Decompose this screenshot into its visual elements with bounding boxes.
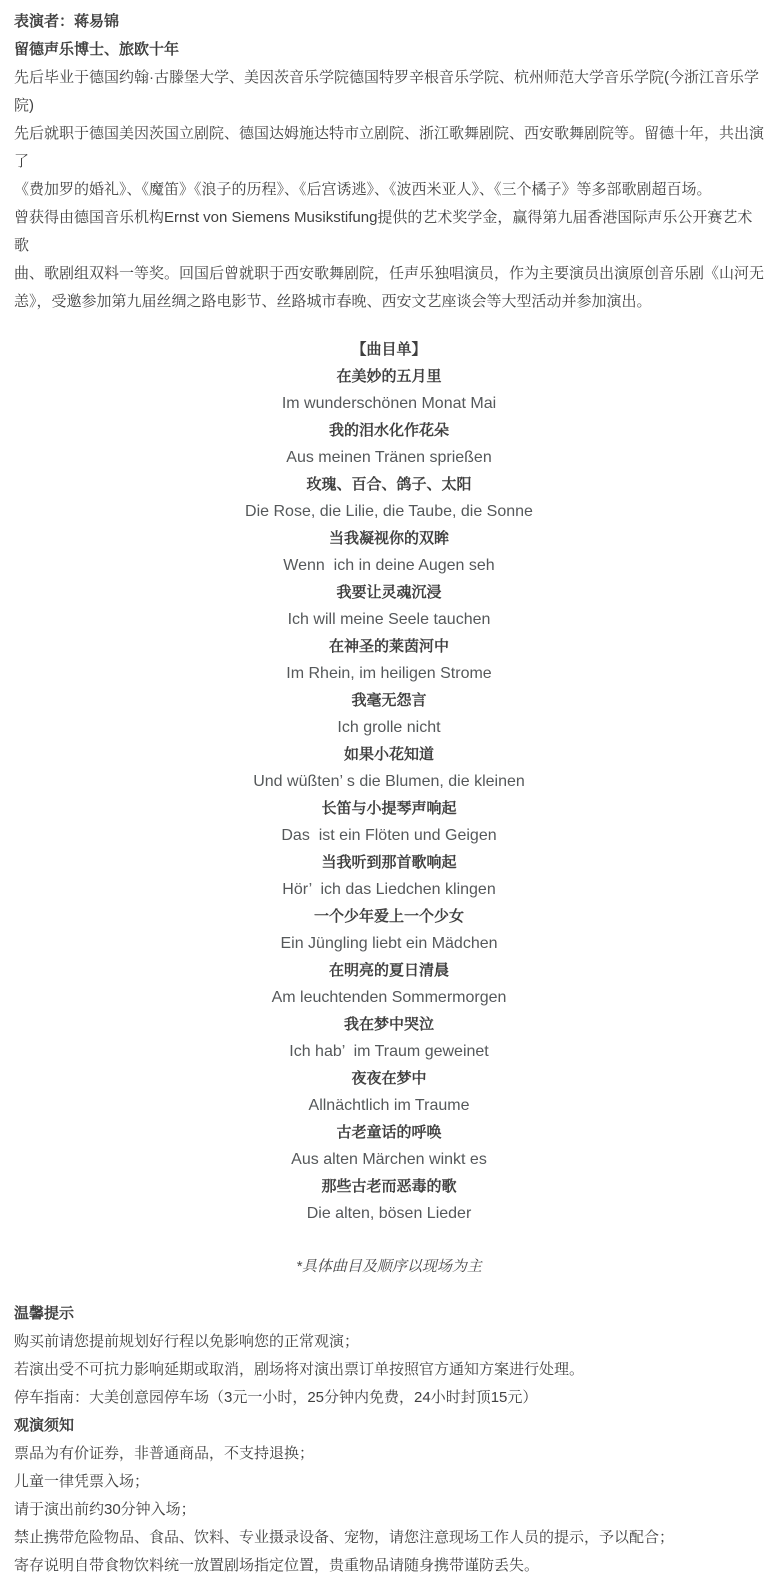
song-title-de: Wenn ich in deine Augen seh	[14, 552, 764, 579]
performer-bio-section: 表演者：蒋易锦 留德声乐博士、旅欧十年 先后毕业于德国约翰·古滕堡大学、美因茨音…	[14, 8, 764, 316]
bio-line: 曲、歌剧组双料一等奖。回国后曾就职于西安歌舞剧院，任声乐独唱演员，作为主要演员出…	[14, 260, 764, 288]
song-title-zh: 当我凝视你的双眸	[14, 525, 764, 552]
notice-title: 观演须知	[14, 1412, 764, 1440]
program-disclaimer: *具体曲目及顺序以现场为主	[14, 1253, 764, 1280]
song-item: 长笛与小提琴声响起 Das ist ein Flöten und Geigen	[14, 795, 764, 849]
tips-section: 温馨提示 购买前请您提前规划好行程以免影响您的正常观演； 若演出受不可抗力影响延…	[14, 1300, 764, 1412]
song-title-de: Und wüßten’ s die Blumen, die kleinen	[14, 768, 764, 795]
program-title: 【曲目单】	[14, 336, 764, 363]
performer-name: 表演者：蒋易锦	[14, 8, 764, 36]
song-title-zh: 长笛与小提琴声响起	[14, 795, 764, 822]
song-title-de: Ein Jüngling liebt ein Mädchen	[14, 930, 764, 957]
song-title-de: Das ist ein Flöten und Geigen	[14, 822, 764, 849]
notice-item: 寄存说明自带食物饮料统一放置剧场指定位置，贵重物品请随身携带谨防丢失。	[14, 1552, 764, 1580]
song-title-de: Ich will meine Seele tauchen	[14, 606, 764, 633]
song-title-zh: 在明亮的夏日清晨	[14, 957, 764, 984]
song-title-zh: 夜夜在梦中	[14, 1065, 764, 1092]
notice-item: 儿童一律凭票入场；	[14, 1468, 764, 1496]
song-item: 当我凝视你的双眸 Wenn ich in deine Augen seh	[14, 525, 764, 579]
song-title-de: Ich grolle nicht	[14, 714, 764, 741]
tips-title: 温馨提示	[14, 1300, 764, 1328]
song-title-zh: 一个少年爱上一个少女	[14, 903, 764, 930]
notice-item: 请于演出前约30分钟入场；	[14, 1496, 764, 1524]
bio-line: 《费加罗的婚礼》、《魔笛》《浪子的历程》、《后宫诱逃》、《波西米亚人》、《三个橘…	[14, 176, 764, 204]
song-title-zh: 我毫无怨言	[14, 687, 764, 714]
song-item: 我要让灵魂沉浸 Ich will meine Seele tauchen	[14, 579, 764, 633]
song-item: 那些古老而恶毒的歌 Die alten, bösen Lieder	[14, 1173, 764, 1227]
song-item: 夜夜在梦中 Allnächtlich im Traume	[14, 1065, 764, 1119]
song-item: 当我听到那首歌响起 Hör’ ich das Liedchen klingen	[14, 849, 764, 903]
song-title-de: Aus alten Märchen winkt es	[14, 1146, 764, 1173]
song-title-zh: 我要让灵魂沉浸	[14, 579, 764, 606]
song-title-de: Allnächtlich im Traume	[14, 1092, 764, 1119]
song-title-zh: 我在梦中哭泣	[14, 1011, 764, 1038]
bio-line: 先后毕业于德国约翰·古滕堡大学、美因茨音乐学院德国特罗辛根音乐学院、杭州师范大学…	[14, 64, 764, 120]
notice-item: 票品为有价证券，非普通商品，不支持退换；	[14, 1440, 764, 1468]
song-title-de: Die alten, bösen Lieder	[14, 1200, 764, 1227]
song-item: 在神圣的莱茵河中 Im Rhein, im heiligen Strome	[14, 633, 764, 687]
tips-item: 购买前请您提前规划好行程以免影响您的正常观演；	[14, 1328, 764, 1356]
song-title-zh: 我的泪水化作花朵	[14, 417, 764, 444]
bio-line: 恙》，受邀参加第九届丝绸之路电影节、丝路城市春晚、西安文艺座谈会等大型活动并参加…	[14, 288, 764, 316]
song-title-de: Die Rose, die Lilie, die Taube, die Sonn…	[14, 498, 764, 525]
song-item: 一个少年爱上一个少女 Ein Jüngling liebt ein Mädche…	[14, 903, 764, 957]
notice-item: 禁止携带危险物品、食品、饮料、专业摄录设备、宠物，请您注意现场工作人员的提示，予…	[14, 1524, 764, 1552]
bio-line: 先后就职于德国美因茨国立剧院、德国达姆施达特市立剧院、浙江歌舞剧院、西安歌舞剧院…	[14, 120, 764, 176]
song-item: 我毫无怨言 Ich grolle nicht	[14, 687, 764, 741]
song-title-de: Im wunderschönen Monat Mai	[14, 390, 764, 417]
song-title-de: Hör’ ich das Liedchen klingen	[14, 876, 764, 903]
bio-line: 曾获得由德国音乐机构Ernst von Siemens Musikstifung…	[14, 204, 764, 260]
song-title-de: Im Rhein, im heiligen Strome	[14, 660, 764, 687]
program-section: 【曲目单】 在美妙的五月里 Im wunderschönen Monat Mai…	[14, 336, 764, 1227]
song-title-de: Aus meinen Tränen sprießen	[14, 444, 764, 471]
song-item: 在美妙的五月里 Im wunderschönen Monat Mai	[14, 363, 764, 417]
song-title-zh: 如果小花知道	[14, 741, 764, 768]
song-item: 古老童话的呼唤 Aus alten Märchen winkt es	[14, 1119, 764, 1173]
tips-item: 停车指南：大美创意园停车场（3元一小时，25分钟内免费，24小时封顶15元）	[14, 1384, 764, 1412]
song-title-zh: 当我听到那首歌响起	[14, 849, 764, 876]
song-title-de: Am leuchtenden Sommermorgen	[14, 984, 764, 1011]
tips-item: 若演出受不可抗力影响延期或取消，剧场将对演出票订单按照官方通知方案进行处理。	[14, 1356, 764, 1384]
notice-section: 观演须知 票品为有价证券，非普通商品，不支持退换； 儿童一律凭票入场； 请于演出…	[14, 1412, 764, 1580]
performance-detail-page: 表演者：蒋易锦 留德声乐博士、旅欧十年 先后毕业于德国约翰·古滕堡大学、美因茨音…	[0, 0, 778, 1590]
song-item: 在明亮的夏日清晨 Am leuchtenden Sommermorgen	[14, 957, 764, 1011]
song-title-zh: 那些古老而恶毒的歌	[14, 1173, 764, 1200]
performer-subtitle: 留德声乐博士、旅欧十年	[14, 36, 764, 64]
song-item: 如果小花知道 Und wüßten’ s die Blumen, die kle…	[14, 741, 764, 795]
song-title-zh: 玫瑰、百合、鸽子、太阳	[14, 471, 764, 498]
song-title-zh: 在神圣的莱茵河中	[14, 633, 764, 660]
song-item: 我在梦中哭泣 Ich hab’ im Traum geweinet	[14, 1011, 764, 1065]
song-title-zh: 古老童话的呼唤	[14, 1119, 764, 1146]
song-title-de: Ich hab’ im Traum geweinet	[14, 1038, 764, 1065]
song-title-zh: 在美妙的五月里	[14, 363, 764, 390]
song-item: 我的泪水化作花朵 Aus meinen Tränen sprießen	[14, 417, 764, 471]
song-item: 玫瑰、百合、鸽子、太阳 Die Rose, die Lilie, die Tau…	[14, 471, 764, 525]
